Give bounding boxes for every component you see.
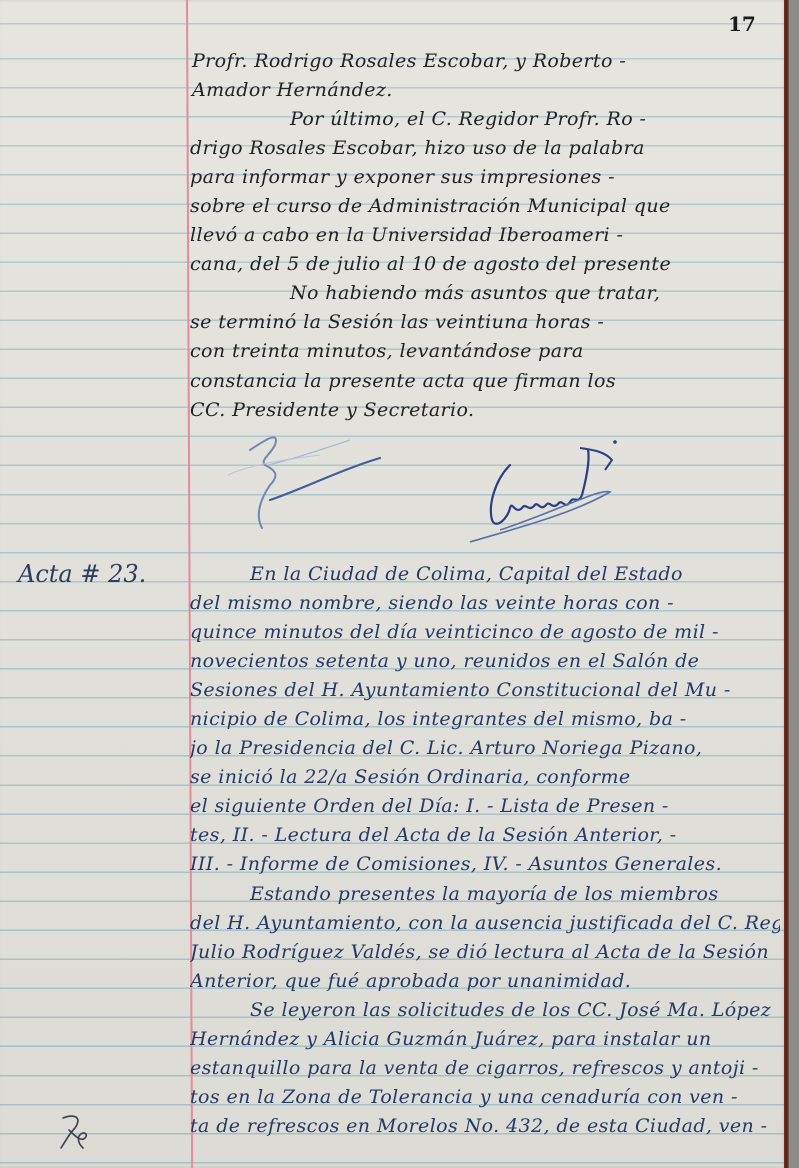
text-line: Por último, el C. Regidor Profr. Ro - — [190, 105, 780, 134]
text-line: Julio Rodríguez Valdés, se dió lectura a… — [190, 938, 780, 967]
text-line: En la Ciudad de Colima, Capital del Esta… — [190, 560, 780, 589]
text-line: III. - Informe de Comisiones, IV. - Asun… — [190, 850, 780, 879]
text-line: tos en la Zona de Tolerancia y una cenad… — [190, 1083, 780, 1112]
text-line: con treinta minutos, levantándose para — [190, 337, 780, 366]
text-line: novecientos setenta y uno, reunidos en e… — [190, 647, 780, 676]
text-line: quince minutos del día veinticinco de ag… — [190, 618, 780, 647]
text-line: constancia la presente acta que firman l… — [190, 367, 780, 396]
text-line: ta de refrescos en Morelos No. 432, de e… — [190, 1112, 780, 1141]
text-line: para informar y exponer sus impresiones … — [190, 163, 780, 192]
text-line: el siguiente Orden del Día: I. - Lista d… — [190, 792, 780, 821]
text-line: cana, del 5 de julio al 10 de agosto del… — [190, 250, 780, 279]
text-line: del H. Ayuntamiento, con la ausencia jus… — [190, 909, 780, 938]
signature-secretary — [400, 420, 660, 550]
text-line: se inició la 22/a Sesión Ordinaria, conf… — [190, 763, 780, 792]
text-line: Estando presentes la mayoría de los miem… — [190, 880, 780, 909]
acta-23-text: En la Ciudad de Colima, Capital del Esta… — [190, 560, 780, 1141]
text-line: se terminó la Sesión las veintiuna horas… — [190, 308, 780, 337]
text-line: tes, II. - Lectura del Acta de la Sesión… — [190, 821, 780, 850]
text-line: Se leyeron las solicitudes de los CC. Jo… — [190, 996, 780, 1025]
text-line: drigo Rosales Escobar, hizo uso de la pa… — [190, 134, 780, 163]
text-line: del mismo nombre, siendo las veinte hora… — [190, 589, 780, 618]
text-line: nicipio de Colima, los integrantes del m… — [190, 705, 780, 734]
acta-label: Acta # 23. — [18, 560, 146, 588]
text-line: llevó a cabo en la Universidad Iberoamer… — [190, 221, 780, 250]
ledger-page: 17 Profr. Rodrigo Rosales Escobar, y Rob… — [0, 0, 786, 1168]
text-line: Hernández y Alicia Guzmán Juárez, para i… — [190, 1025, 780, 1054]
text-line: Profr. Rodrigo Rosales Escobar, y Robert… — [190, 47, 780, 76]
page-edge — [784, 0, 789, 1168]
text-line: Sesiones del H. Ayuntamiento Constitucio… — [190, 676, 780, 705]
text-line: jo la Presidencia del C. Lic. Arturo Nor… — [190, 734, 780, 763]
text-line: sobre el curso de Administración Municip… — [190, 192, 780, 221]
text-line: Anterior, que fué aprobada por unanimida… — [190, 967, 780, 996]
text-line: Amador Hernández. — [190, 76, 780, 105]
page-number: 17 — [728, 12, 756, 36]
signature-president — [220, 420, 420, 540]
previous-minutes-text: Profr. Rodrigo Rosales Escobar, y Robert… — [190, 47, 780, 425]
margin-initials — [55, 1112, 95, 1152]
text-line: estanquillo para la venta de cigarros, r… — [190, 1054, 780, 1083]
text-line: No habiendo más asuntos que tratar, — [190, 279, 780, 308]
